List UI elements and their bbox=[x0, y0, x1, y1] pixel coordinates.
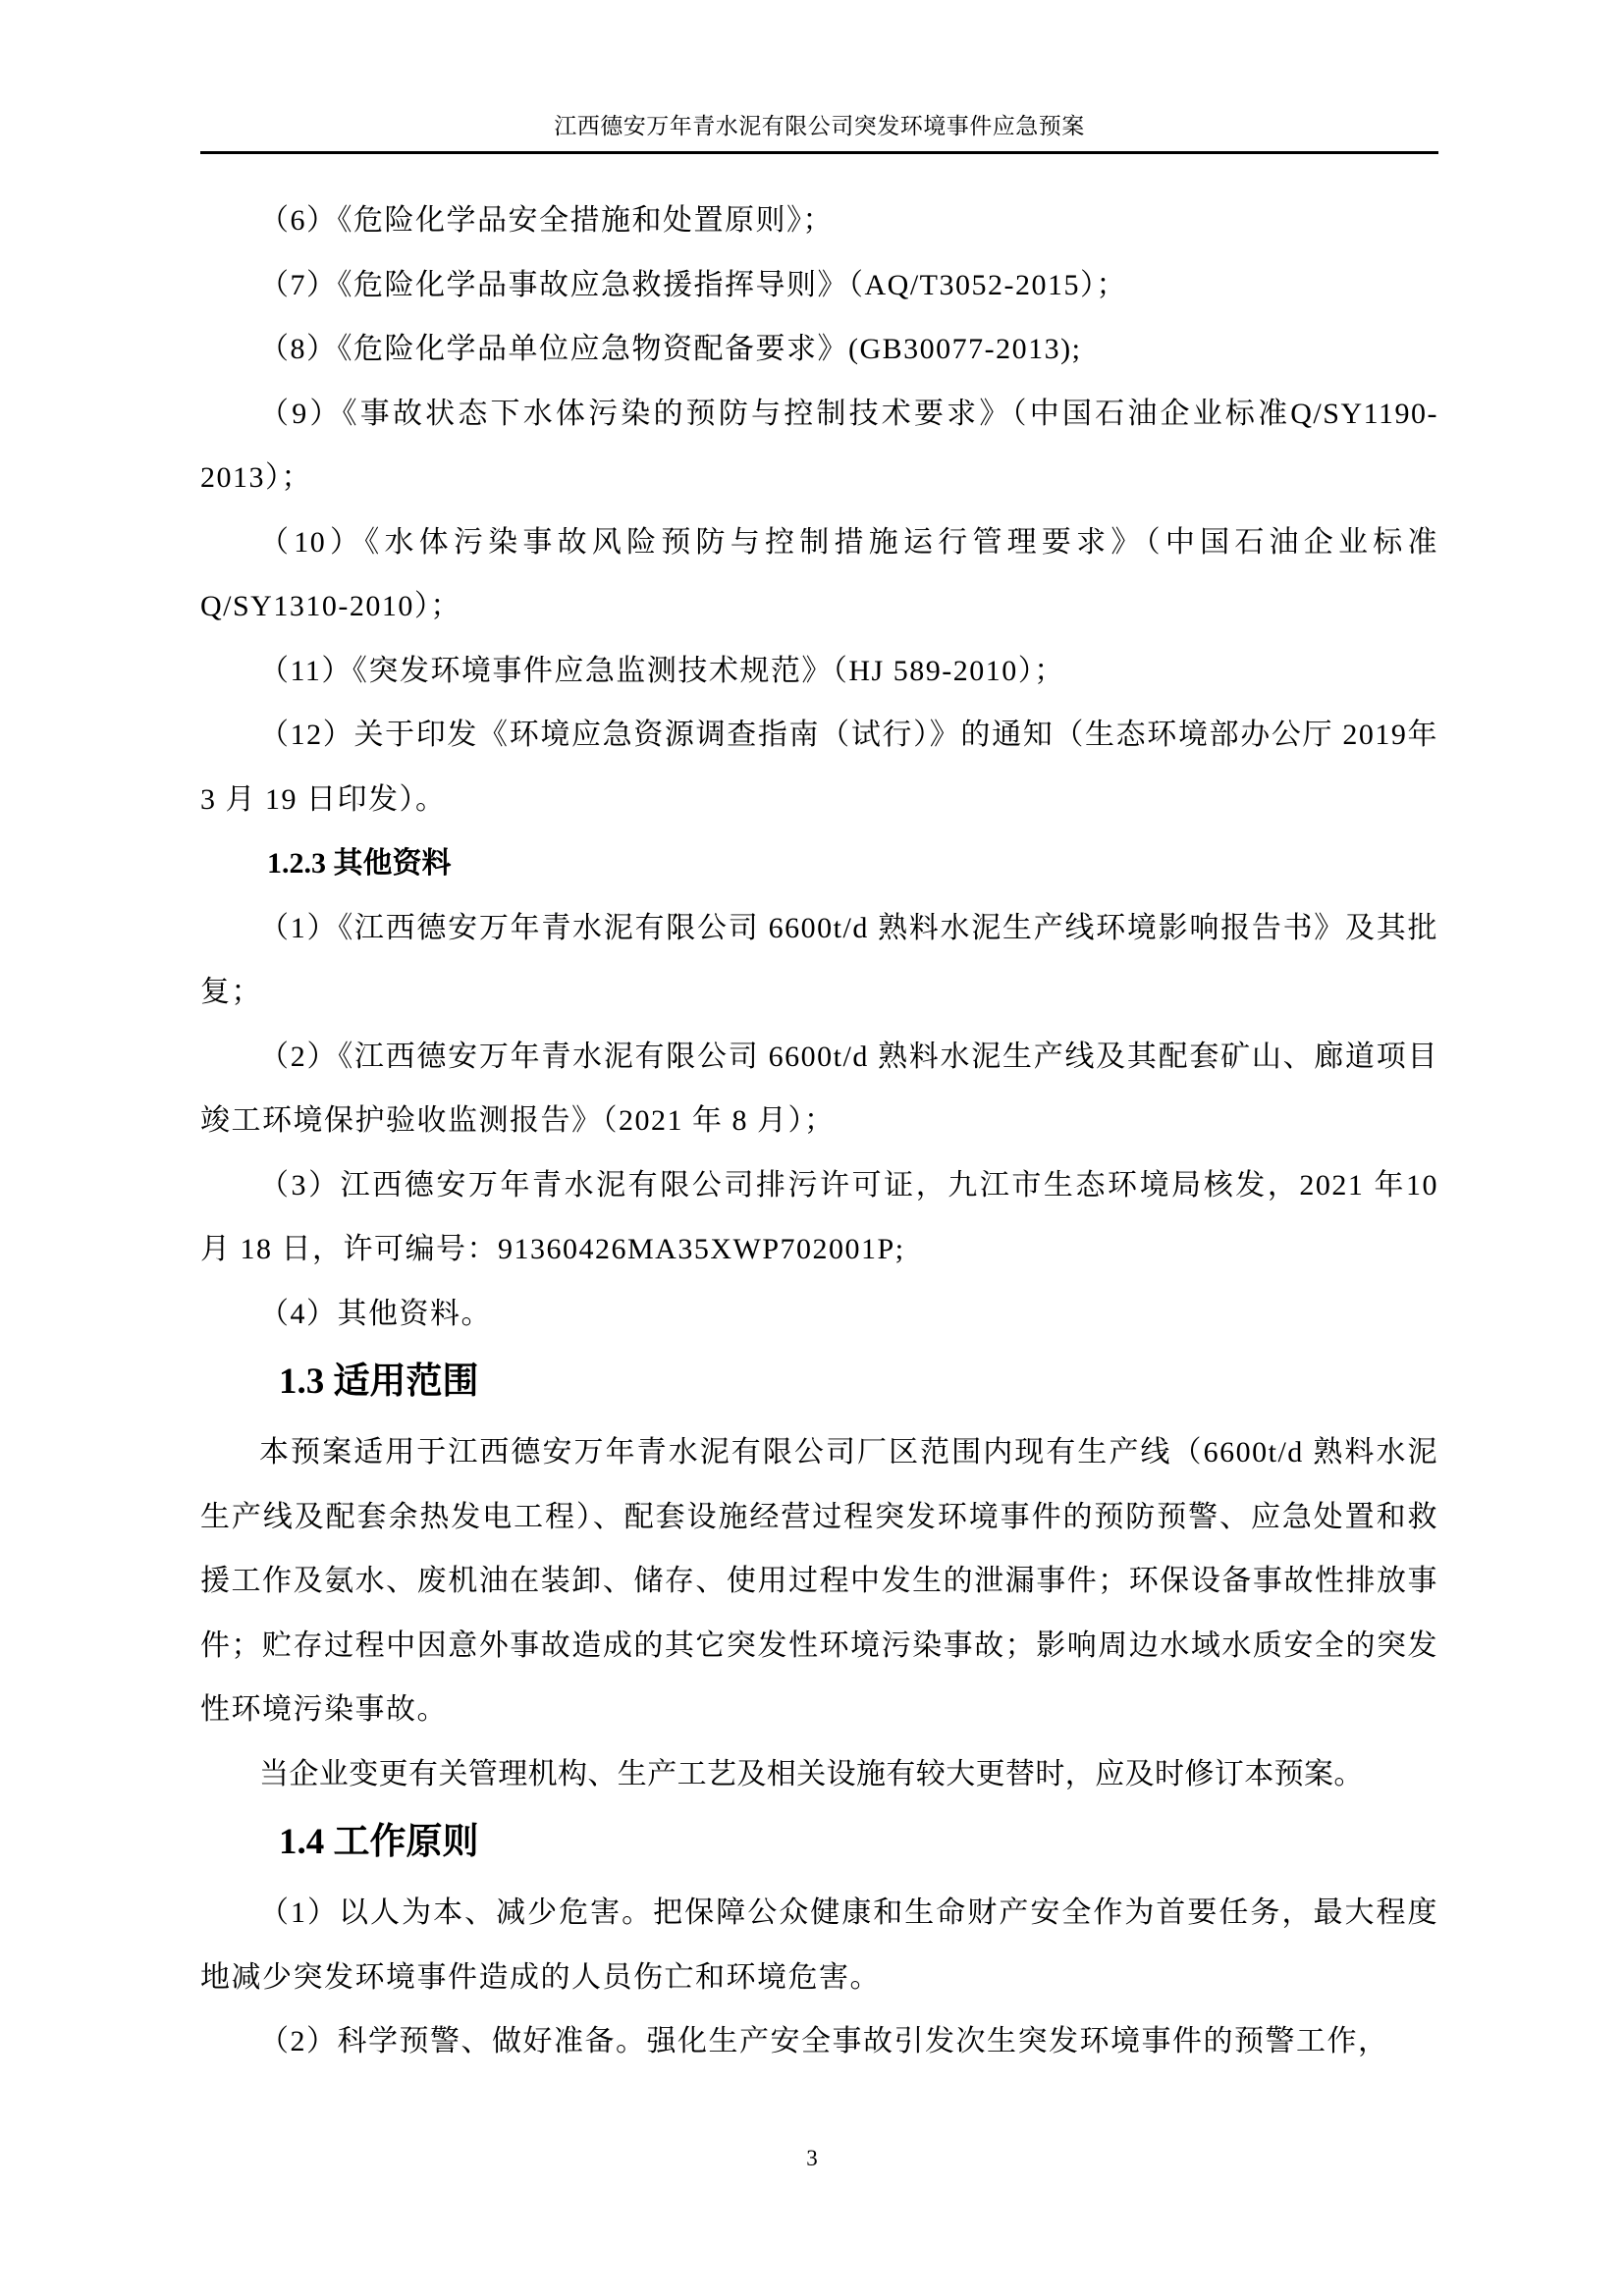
other-material-item-1: （1）《江西德安万年青水泥有限公司 6600t/d 熟料水泥生产线环境影响报告书… bbox=[200, 896, 1438, 1025]
principle-item-2: （2）科学预警、做好准备。强化生产安全事故引发次生突发环境事件的预警工作， bbox=[200, 2009, 1438, 2074]
principle-item-1: （1）以人为本、减少危害。把保障公众健康和生命财产安全作为首要任务，最大程度地减… bbox=[200, 1881, 1438, 2009]
section-heading-1-3: 1.3 适用范围 bbox=[200, 1350, 1438, 1415]
document-title: 江西德安万年青水泥有限公司突发环境事件应急预案 bbox=[554, 114, 1085, 138]
running-header: 江西德安万年青水泥有限公司突发环境事件应急预案 bbox=[200, 110, 1438, 154]
reference-item-7: （7）《危险化学品事故应急救援指挥导则》（AQ/T3052-2015）； bbox=[200, 253, 1438, 318]
reference-item-12: （12）关于印发《环境应急资源调查指南（试行）》的通知（生态环境部办公厅 201… bbox=[200, 703, 1438, 831]
reference-item-10: （10）《水体污染事故风险预防与控制措施运行管理要求》（中国石油企业标准Q/SY… bbox=[200, 510, 1438, 639]
revision-paragraph: 当企业变更有关管理机构、生产工艺及相关设施有较大更替时，应及时修订本预案。 bbox=[200, 1742, 1438, 1807]
reference-item-11: （11）《突发环境事件应急监测技术规范》（HJ 589-2010）； bbox=[200, 639, 1438, 704]
section-heading-1-4: 1.4 工作原则 bbox=[200, 1810, 1438, 1875]
page-number: 3 bbox=[0, 2144, 1624, 2173]
page-body: （6）《危险化学品安全措施和处置原则》； （7）《危险化学品事故应急救援指挥导则… bbox=[200, 188, 1438, 2074]
other-material-item-2: （2）《江西德安万年青水泥有限公司 6600t/d 熟料水泥生产线及其配套矿山、… bbox=[200, 1025, 1438, 1153]
scope-paragraph: 本预案适用于江西德安万年青水泥有限公司厂区范围内现有生产线（6600t/d 熟料… bbox=[200, 1420, 1438, 1742]
other-material-item-3: （3）江西德安万年青水泥有限公司排污许可证，九江市生态环境局核发，2021 年1… bbox=[200, 1153, 1438, 1282]
reference-item-9: （9）《事故状态下水体污染的预防与控制技术要求》（中国石油企业标准Q/SY119… bbox=[200, 382, 1438, 510]
reference-item-6: （6）《危险化学品安全措施和处置原则》； bbox=[200, 188, 1438, 253]
section-heading-1-2-3: 1.2.3 其他资料 bbox=[200, 831, 1438, 896]
reference-item-8: （8）《危险化学品单位应急物资配备要求》(GB30077-2013); bbox=[200, 317, 1438, 382]
other-material-item-4: （4）其他资料。 bbox=[200, 1282, 1438, 1347]
